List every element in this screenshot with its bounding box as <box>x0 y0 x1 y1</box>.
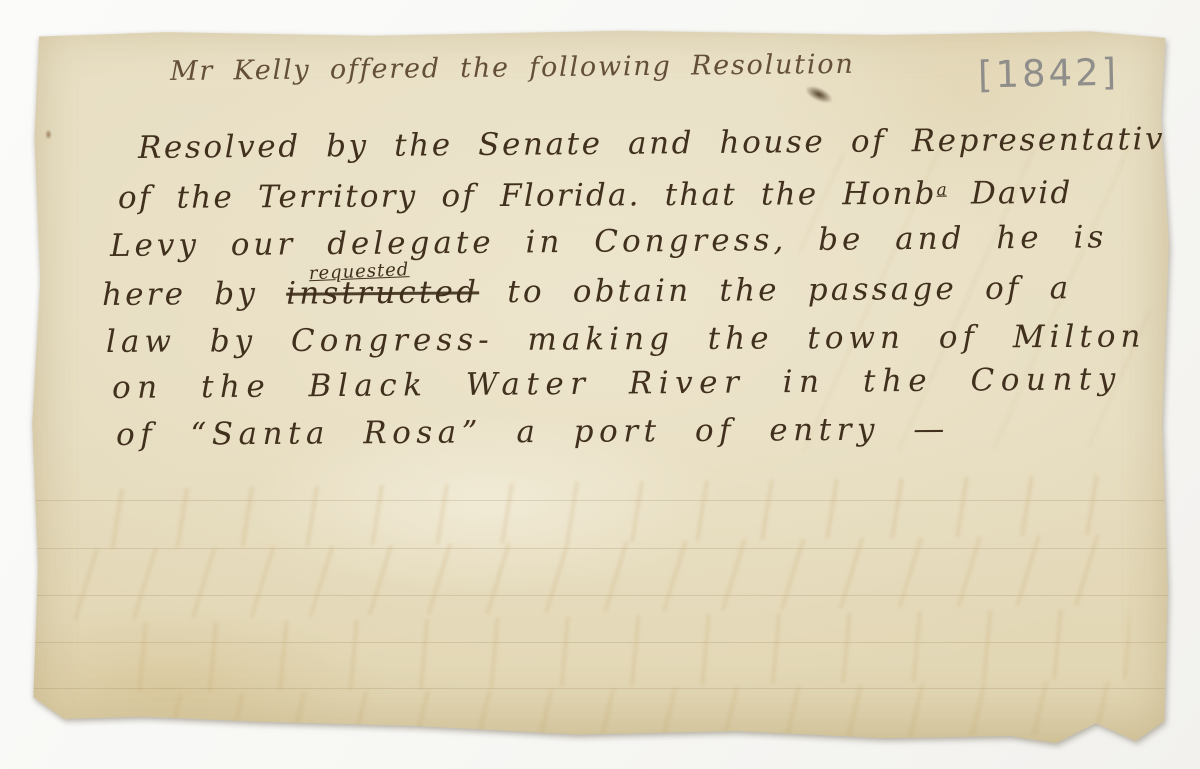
bleedthrough-marks <box>150 681 1111 746</box>
year-annotation: [1842] <box>978 51 1120 97</box>
paper-shadow-wrap: Mr Kelly offered the following Resolutio… <box>30 30 1170 746</box>
body-line-2: of the Territory of Florida. that the Ho… <box>118 175 1073 216</box>
correction-group: requestedinstructed <box>286 274 479 311</box>
body-line-5: law by Congress- making the town of Milt… <box>106 319 1146 360</box>
bleedthrough-marks <box>70 535 1131 620</box>
scan-background: Mr Kelly offered the following Resolutio… <box>0 0 1200 769</box>
superscript-abbreviation: a <box>937 180 947 200</box>
body-line-4: here by requestedinstructed to obtain th… <box>102 270 1072 313</box>
body-line-2-text: David <box>947 175 1073 212</box>
paper-stain-speck <box>44 128 53 141</box>
interlinear-insertion: requested <box>309 259 410 284</box>
ink-smudge <box>798 79 840 110</box>
body-line-2-text: of the Territory of Florida. that the Ho… <box>118 176 937 216</box>
body-line-4-text: here by <box>102 276 286 313</box>
header-line: Mr Kelly offered the following Resolutio… <box>170 49 855 87</box>
body-line-7: of “Santa Rosa” a port of entry — <box>116 411 950 453</box>
body-line-4-text: to obtain the passage of a <box>479 270 1071 310</box>
bleedthrough-marks <box>110 609 1131 693</box>
manuscript-paper: Mr Kelly offered the following Resolutio… <box>30 30 1170 746</box>
